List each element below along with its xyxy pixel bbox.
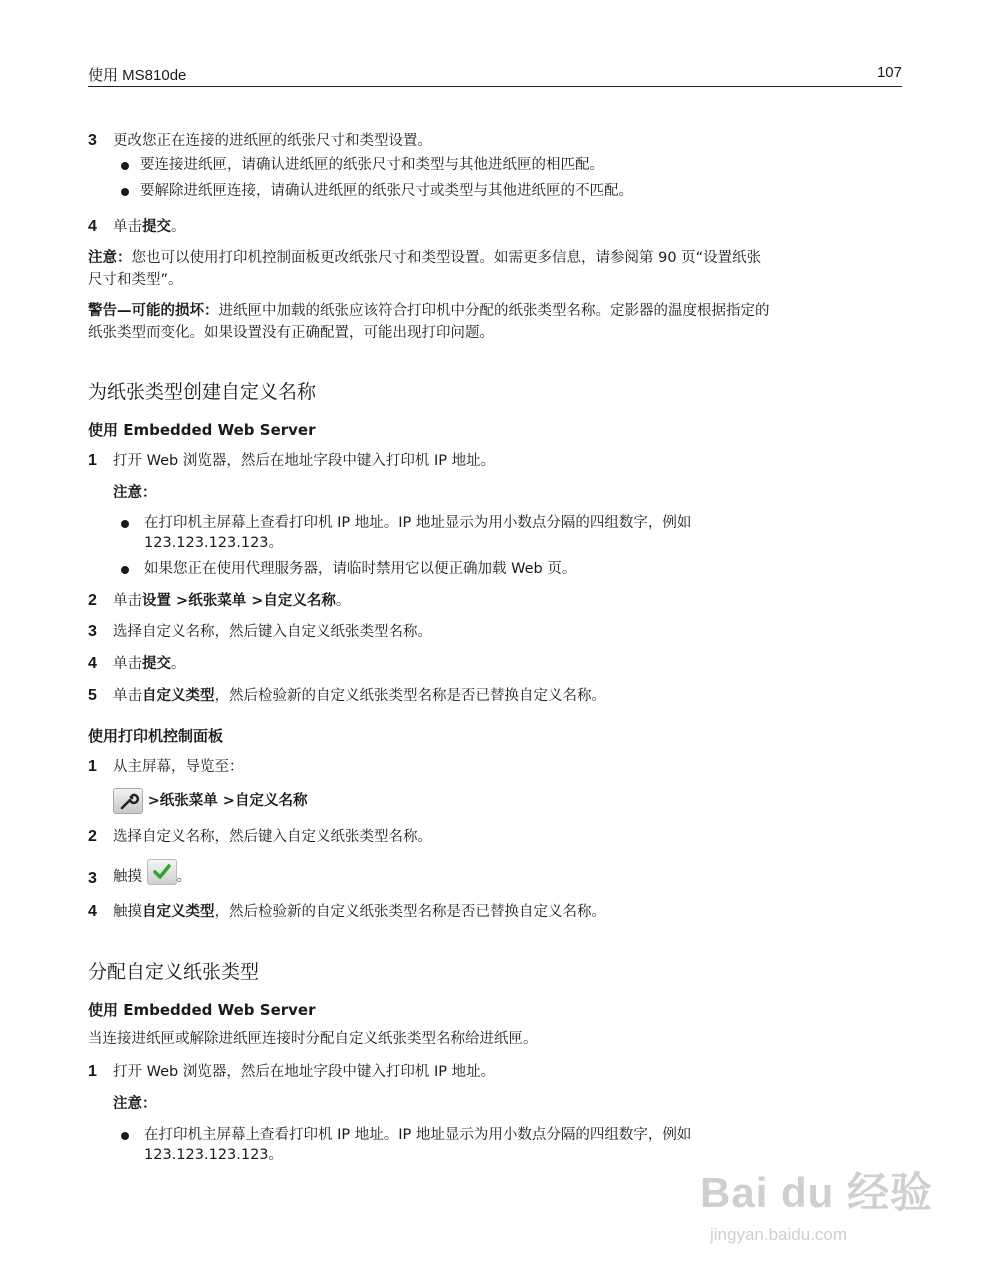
- bullet-text: 在打印机主屏幕上查看打印机 IP 地址。IP 地址显示为用小数点分隔的四组数字，…: [144, 1124, 691, 1146]
- step-number: 2: [88, 590, 97, 612]
- header-title: 使用 MS810de: [88, 64, 186, 85]
- warning-text: 进纸匣中加载的纸张应该符合打印机中分配的纸张类型名称。定影器的温度根据指定的: [219, 303, 770, 319]
- ews-step-5: 5 单击自定义类型，然后检验新的自定义纸张类型名称是否已替换自定义名称。: [88, 685, 902, 709]
- step-text: 打开 Web 浏览器，然后在地址字段中键入打印机 IP 地址。: [113, 450, 495, 472]
- wrench-settings-icon: [113, 788, 143, 814]
- bullet-text: 要连接进纸匣，请确认进纸匣的纸张尺寸和类型与其他进纸匣的相匹配。: [140, 154, 604, 176]
- baidu-watermark: Bai du 经验 jingyan.baidu.com: [700, 1140, 940, 1260]
- step-text: 打开 Web 浏览器，然后在地址字段中键入打印机 IP 地址。: [113, 1061, 495, 1083]
- watermark-url: jingyan.baidu.com: [710, 1225, 847, 1245]
- subheading-control-panel: 使用打印机控制面板: [88, 725, 223, 746]
- step-text: 触摸: [113, 904, 142, 920]
- submit-label: 提交: [142, 656, 171, 672]
- bullet-text: 要解除进纸匣连接，请确认进纸匣的纸张尺寸或类型与其他进纸匣的不匹配。: [140, 180, 633, 202]
- ews-step-3: 3 选择自定义名称，然后键入自定义纸张类型名称。: [88, 621, 902, 645]
- bullet-icon: [121, 520, 129, 528]
- step-number: 5: [88, 685, 97, 707]
- step-number: 1: [88, 450, 97, 472]
- warning-label: 警告—可能的损坏：: [88, 303, 219, 319]
- ews-step-1: 1 打开 Web 浏览器，然后在地址字段中键入打印机 IP 地址。: [88, 450, 902, 474]
- nav-path: >纸张菜单 >自定义名称: [113, 788, 927, 818]
- step-number: 4: [88, 901, 97, 923]
- ews-step-4: 4 单击提交。: [88, 653, 902, 677]
- step-number: 1: [88, 756, 97, 778]
- step-number: 3: [88, 130, 97, 152]
- note-paragraph: 注意：您也可以使用打印机控制面板更改纸张尺寸和类型设置。如需更多信息，请参阅第 …: [88, 247, 898, 291]
- step-text: 更改您正在连接的进纸匣的纸张尺寸和类型设置。: [113, 130, 432, 152]
- step-text: 单击: [113, 219, 142, 235]
- bullet-icon: [121, 162, 129, 170]
- panel-step-2: 2 选择自定义名称，然后键入自定义纸张类型名称。: [88, 826, 902, 850]
- bullet-icon: [121, 566, 129, 574]
- step-number: 2: [88, 826, 97, 848]
- bullet-text: 123.123.123.123。: [144, 532, 283, 554]
- subheading-ews: 使用 Embedded Web Server: [88, 419, 315, 440]
- step-text: 选择自定义名称，然后键入自定义纸张类型名称。: [113, 621, 432, 643]
- step-text: 单击: [113, 656, 142, 672]
- step-text: 单击: [113, 688, 142, 704]
- ews-step-2: 2 单击设置 >纸张菜单 >自定义名称。: [88, 590, 902, 614]
- step-text: 触摸: [113, 869, 142, 885]
- step-text: ，然后检验新的自定义纸张类型名称是否已替换自定义名称。: [215, 688, 607, 704]
- checkmark-icon: [147, 859, 177, 885]
- warning-text: 纸张类型而变化。如果设置没有正确配置，可能出现打印问题。: [88, 325, 494, 341]
- bullet-text: 在打印机主屏幕上查看打印机 IP 地址。IP 地址显示为用小数点分隔的四组数字，…: [144, 512, 691, 534]
- bullet-text: 如果您正在使用代理服务器，请临时禁用它以便正确加载 Web 页。: [144, 558, 576, 580]
- step-number: 4: [88, 216, 97, 238]
- step-4-submit: 4 单击提交。: [88, 216, 902, 240]
- note-text: 您也可以使用打印机控制面板更改纸张尺寸和类型设置。如需更多信息，请参阅第 90 …: [132, 250, 762, 266]
- note-label: 注意：: [113, 482, 927, 506]
- bullet-text: 123.123.123.123。: [144, 1144, 283, 1166]
- custom-type-label: 自定义类型: [142, 688, 215, 704]
- step-number: 1: [88, 1061, 97, 1083]
- assign-step-1: 1 打开 Web 浏览器，然后在地址字段中键入打印机 IP 地址。: [88, 1061, 902, 1085]
- section-title-custom-name: 为纸张类型创建自定义名称: [88, 377, 316, 404]
- panel-step-4: 4 触摸自定义类型，然后检验新的自定义纸张类型名称是否已替换自定义名称。: [88, 901, 902, 925]
- step-text: ，然后检验新的自定义纸张类型名称是否已替换自定义名称。: [215, 904, 607, 920]
- step-3-change-tray: 3 更改您正在连接的进纸匣的纸张尺寸和类型设置。 要连接进纸匣，请确认进纸匣的纸…: [88, 130, 902, 210]
- punct: 。: [171, 219, 186, 235]
- bullet-icon: [121, 1132, 129, 1140]
- note-text: 尺寸和类型”。: [88, 272, 183, 288]
- bullet-icon: [121, 188, 129, 196]
- step-text: 选择自定义名称，然后键入自定义纸张类型名称。: [113, 826, 432, 848]
- note-label: 注意：: [88, 250, 132, 266]
- intro-text: 当连接进纸匣或解除进纸匣连接时分配自定义纸张类型名称给进纸匣。: [88, 1028, 898, 1050]
- step-text: 单击: [113, 593, 142, 609]
- punct: 。: [336, 593, 351, 609]
- note-label: 注意：: [113, 1093, 927, 1117]
- page-number: 107: [877, 64, 902, 81]
- punct: 。: [171, 656, 186, 672]
- note-label-text: 注意：: [113, 485, 157, 501]
- subheading-ews: 使用 Embedded Web Server: [88, 999, 315, 1020]
- page-header: 使用 MS810de 107: [88, 62, 902, 87]
- step-text: 从主屏幕，导览至：: [113, 756, 244, 778]
- panel-step-3: 3 触摸 。: [88, 862, 902, 892]
- custom-type-label: 自定义类型: [142, 904, 215, 920]
- punct: 。: [177, 869, 192, 885]
- menu-path: >纸张菜单 >自定义名称: [148, 793, 308, 809]
- step-number: 3: [88, 868, 97, 890]
- section-title-assign: 分配自定义纸张类型: [88, 957, 259, 984]
- panel-step-1: 1 从主屏幕，导览至：: [88, 756, 902, 780]
- submit-label: 提交: [142, 219, 171, 235]
- note-label-text: 注意：: [113, 1096, 157, 1112]
- step-number: 4: [88, 653, 97, 675]
- step-number: 3: [88, 621, 97, 643]
- watermark-brand: Bai du 经验: [700, 1160, 933, 1220]
- note-bullets: 在打印机主屏幕上查看打印机 IP 地址。IP 地址显示为用小数点分隔的四组数字，…: [88, 512, 902, 592]
- menu-path: 设置 >纸张菜单 >自定义名称: [142, 593, 336, 609]
- warning-paragraph: 警告—可能的损坏：进纸匣中加载的纸张应该符合打印机中分配的纸张类型名称。定影器的…: [88, 300, 898, 344]
